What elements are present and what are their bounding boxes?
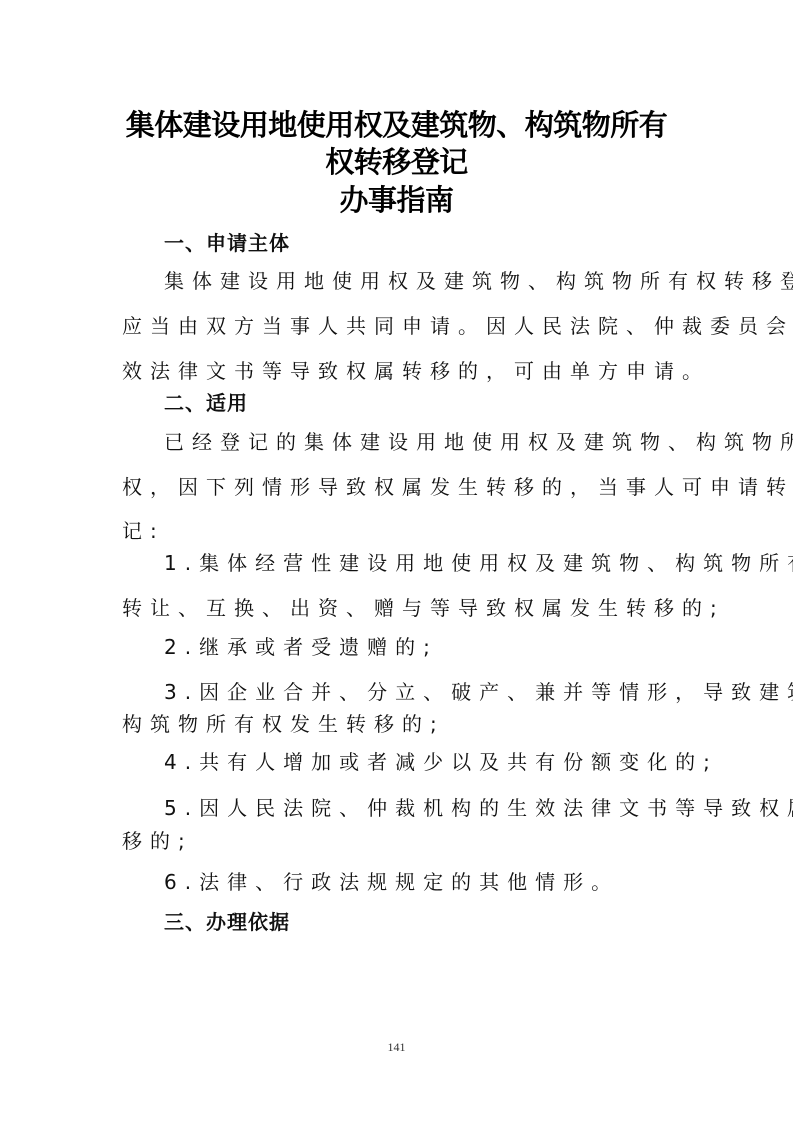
document-title-line-2: 权转移登记 (0, 140, 793, 181)
section-heading-scope: 二、适用 (164, 391, 724, 415)
list-item-3-cont: 构筑物所有权发生转移的; (122, 712, 682, 736)
list-item-5-cont: 移的; (122, 829, 682, 853)
document-page: 集体建设用地使用权及建筑物、构筑物所有 权转移登记 办事指南 一、申请主体 集体… (0, 0, 793, 1122)
section-heading-applicant: 一、申请主体 (164, 231, 724, 255)
list-item-3: 3.因企业合并、分立、破产、兼并等情形，导致建筑物、 (164, 680, 724, 704)
list-item-4: 4.共有人增加或者减少以及共有份额变化的; (164, 750, 724, 774)
paragraph-line: 集体建设用地使用权及建筑物、构筑物所有权转移登记 (164, 269, 724, 293)
document-title-line-1: 集体建设用地使用权及建筑物、构筑物所有 (0, 103, 793, 144)
section-heading-legal-basis: 三、办理依据 (164, 910, 724, 934)
list-item-1: 1.集体经营性建设用地使用权及建筑物、构筑物所有权 (164, 551, 724, 575)
list-item-1-cont: 转让、互换、出资、赠与等导致权属发生转移的; (122, 596, 682, 620)
document-subtitle: 办事指南 (0, 178, 793, 219)
paragraph-line: 应当由双方当事人共同申请。因人民法院、仲裁委员会的生 (122, 314, 682, 338)
paragraph-line: 已经登记的集体建设用地使用权及建筑物、构筑物所有 (164, 430, 724, 454)
page-number: 141 (0, 1040, 793, 1055)
list-item-2: 2.继承或者受遗赠的; (164, 635, 724, 659)
list-item-5: 5.因人民法院、仲裁机构的生效法律文书等导致权属转 (164, 796, 724, 820)
paragraph-line: 效法律文书等导致权属转移的，可由单方申请。 (122, 359, 682, 383)
paragraph-line: 权，因下列情形导致权属发生转移的，当事人可申请转移登 (122, 475, 682, 499)
paragraph-line: 记: (122, 519, 682, 543)
list-item-6: 6.法律、行政法规规定的其他情形。 (164, 870, 724, 894)
